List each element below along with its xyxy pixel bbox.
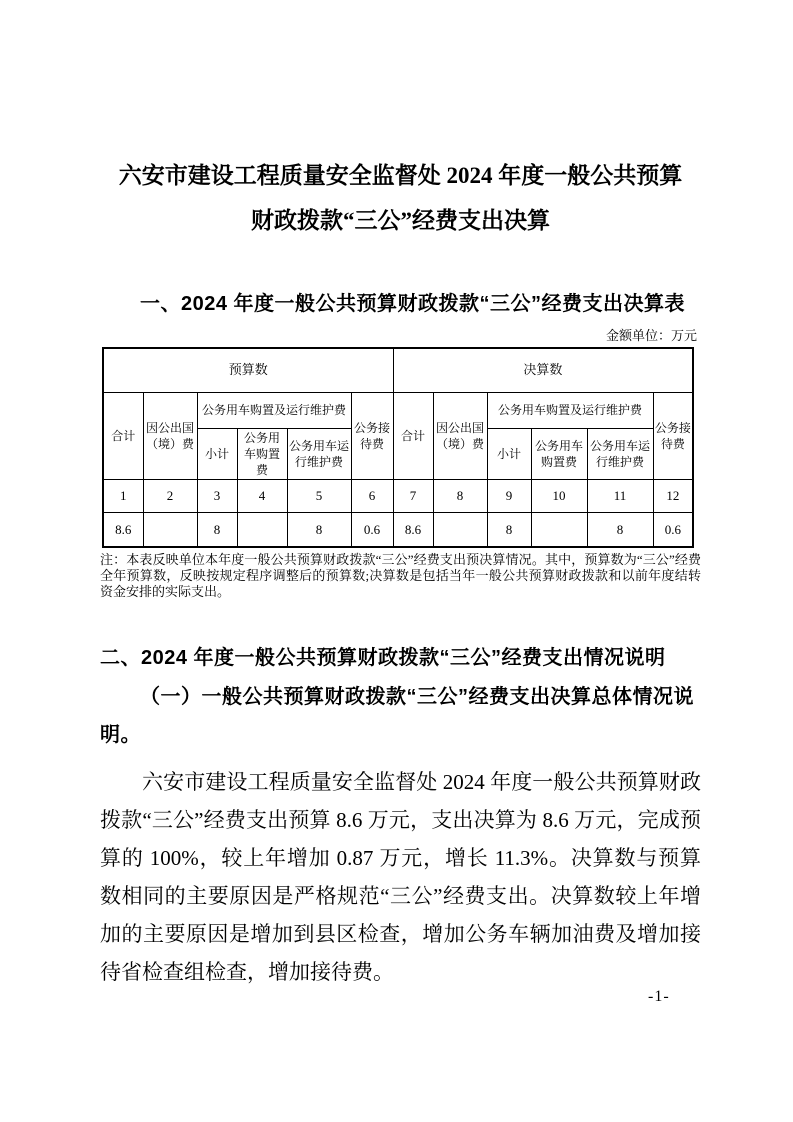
final-subtotal-header: 小计	[487, 428, 531, 480]
value-cell-budget-purchase	[237, 513, 287, 547]
table-group-header-row: 预算数 决算数	[103, 348, 693, 392]
value-cell-final-subtotal: 8	[487, 513, 531, 547]
page-content: 六安市建设工程质量安全监督处 2024 年度一般公共预算 财政拨款“三公”经费支…	[100, 0, 701, 991]
value-cell-budget-abroad	[143, 513, 197, 547]
column-index-cell: 8	[433, 480, 487, 513]
section2-heading: 二、2024 年度一般公共预算财政拨款“三公”经费支出情况说明	[100, 638, 701, 678]
value-cell-final-maintenance: 8	[587, 513, 653, 547]
document-title-line1: 六安市建设工程质量安全监督处 2024 年度一般公共预算	[100, 153, 701, 198]
column-index-cell: 11	[587, 480, 653, 513]
budget-vehicle-group-header: 公务用车购置及运行维护费	[197, 392, 351, 428]
value-cell-final-reception: 0.6	[653, 513, 693, 547]
section2-paragraph: 六安市建设工程质量安全监督处 2024 年度一般公共预算财政拨款“三公”经费支出…	[100, 763, 701, 991]
column-index-cell: 12	[653, 480, 693, 513]
column-index-cell: 2	[143, 480, 197, 513]
budget-reception-header: 公务接待费	[351, 392, 393, 480]
section2-subheading: （一）一般公共预算财政拨款“三公”经费支出决算总体情况说明。	[100, 678, 701, 754]
budget-total-header: 合计	[103, 392, 143, 480]
column-index-cell: 9	[487, 480, 531, 513]
value-cell-budget-total: 8.6	[103, 513, 143, 547]
unit-note: 金额单位：万元	[100, 328, 701, 344]
document-title: 六安市建设工程质量安全监督处 2024 年度一般公共预算 财政拨款“三公”经费支…	[100, 153, 701, 243]
value-cell-budget-maintenance: 8	[287, 513, 351, 547]
column-index-cell: 4	[237, 480, 287, 513]
column-index-cell: 3	[197, 480, 237, 513]
column-index-cell: 5	[287, 480, 351, 513]
document-title-line2: 财政拨款“三公”经费支出决算	[100, 198, 701, 243]
page-number: -1-	[648, 988, 670, 1006]
column-index-cell: 1	[103, 480, 143, 513]
budget-maintenance-header: 公务用车运行维护费	[287, 428, 351, 480]
final-maintenance-header: 公务用车运行维护费	[587, 428, 653, 480]
value-row: 8.6 8 8 0.6 8.6 8 8 0.6	[103, 513, 693, 547]
budget-abroad-header: 因公出国（境）费	[143, 392, 197, 480]
table-footnote: 注：本表反映单位本年度一般公共预算财政拨款“三公”经费支出预决算情况。其中，预算…	[100, 552, 701, 600]
final-group-header: 决算数	[393, 348, 693, 392]
budget-purchase-header: 公务用车购置费	[237, 428, 287, 480]
column-index-cell: 6	[351, 480, 393, 513]
final-total-header: 合计	[393, 392, 433, 480]
document-page: { "doc": { "title_line1": "六安市建设工程质量安全监督…	[0, 0, 793, 1122]
column-index-row: 1 2 3 4 5 6 7 8 9 10 11 12	[103, 480, 693, 513]
value-cell-final-abroad	[433, 513, 487, 547]
column-index-cell: 10	[531, 480, 587, 513]
budget-group-header: 预算数	[103, 348, 393, 392]
final-abroad-header: 因公出国（境）费	[433, 392, 487, 480]
value-cell-budget-subtotal: 8	[197, 513, 237, 547]
column-index-cell: 7	[393, 480, 433, 513]
section1-heading: 一、2024 年度一般公共预算财政拨款“三公”经费支出决算表	[100, 285, 701, 323]
budget-subtotal-header: 小计	[197, 428, 237, 480]
value-cell-budget-reception: 0.6	[351, 513, 393, 547]
final-purchase-header: 公务用车购置费	[531, 428, 587, 480]
value-cell-final-total: 8.6	[393, 513, 433, 547]
table-header-row-1: 合计 因公出国（境）费 公务用车购置及运行维护费 公务接待费 合计 因公出国（境…	[103, 392, 693, 428]
value-cell-final-purchase	[531, 513, 587, 547]
final-reception-header: 公务接待费	[653, 392, 693, 480]
final-vehicle-group-header: 公务用车购置及运行维护费	[487, 392, 653, 428]
sangong-expense-table: 预算数 决算数 合计 因公出国（境）费 公务用车购置及运行维护费 公务接待费 合…	[102, 347, 694, 548]
